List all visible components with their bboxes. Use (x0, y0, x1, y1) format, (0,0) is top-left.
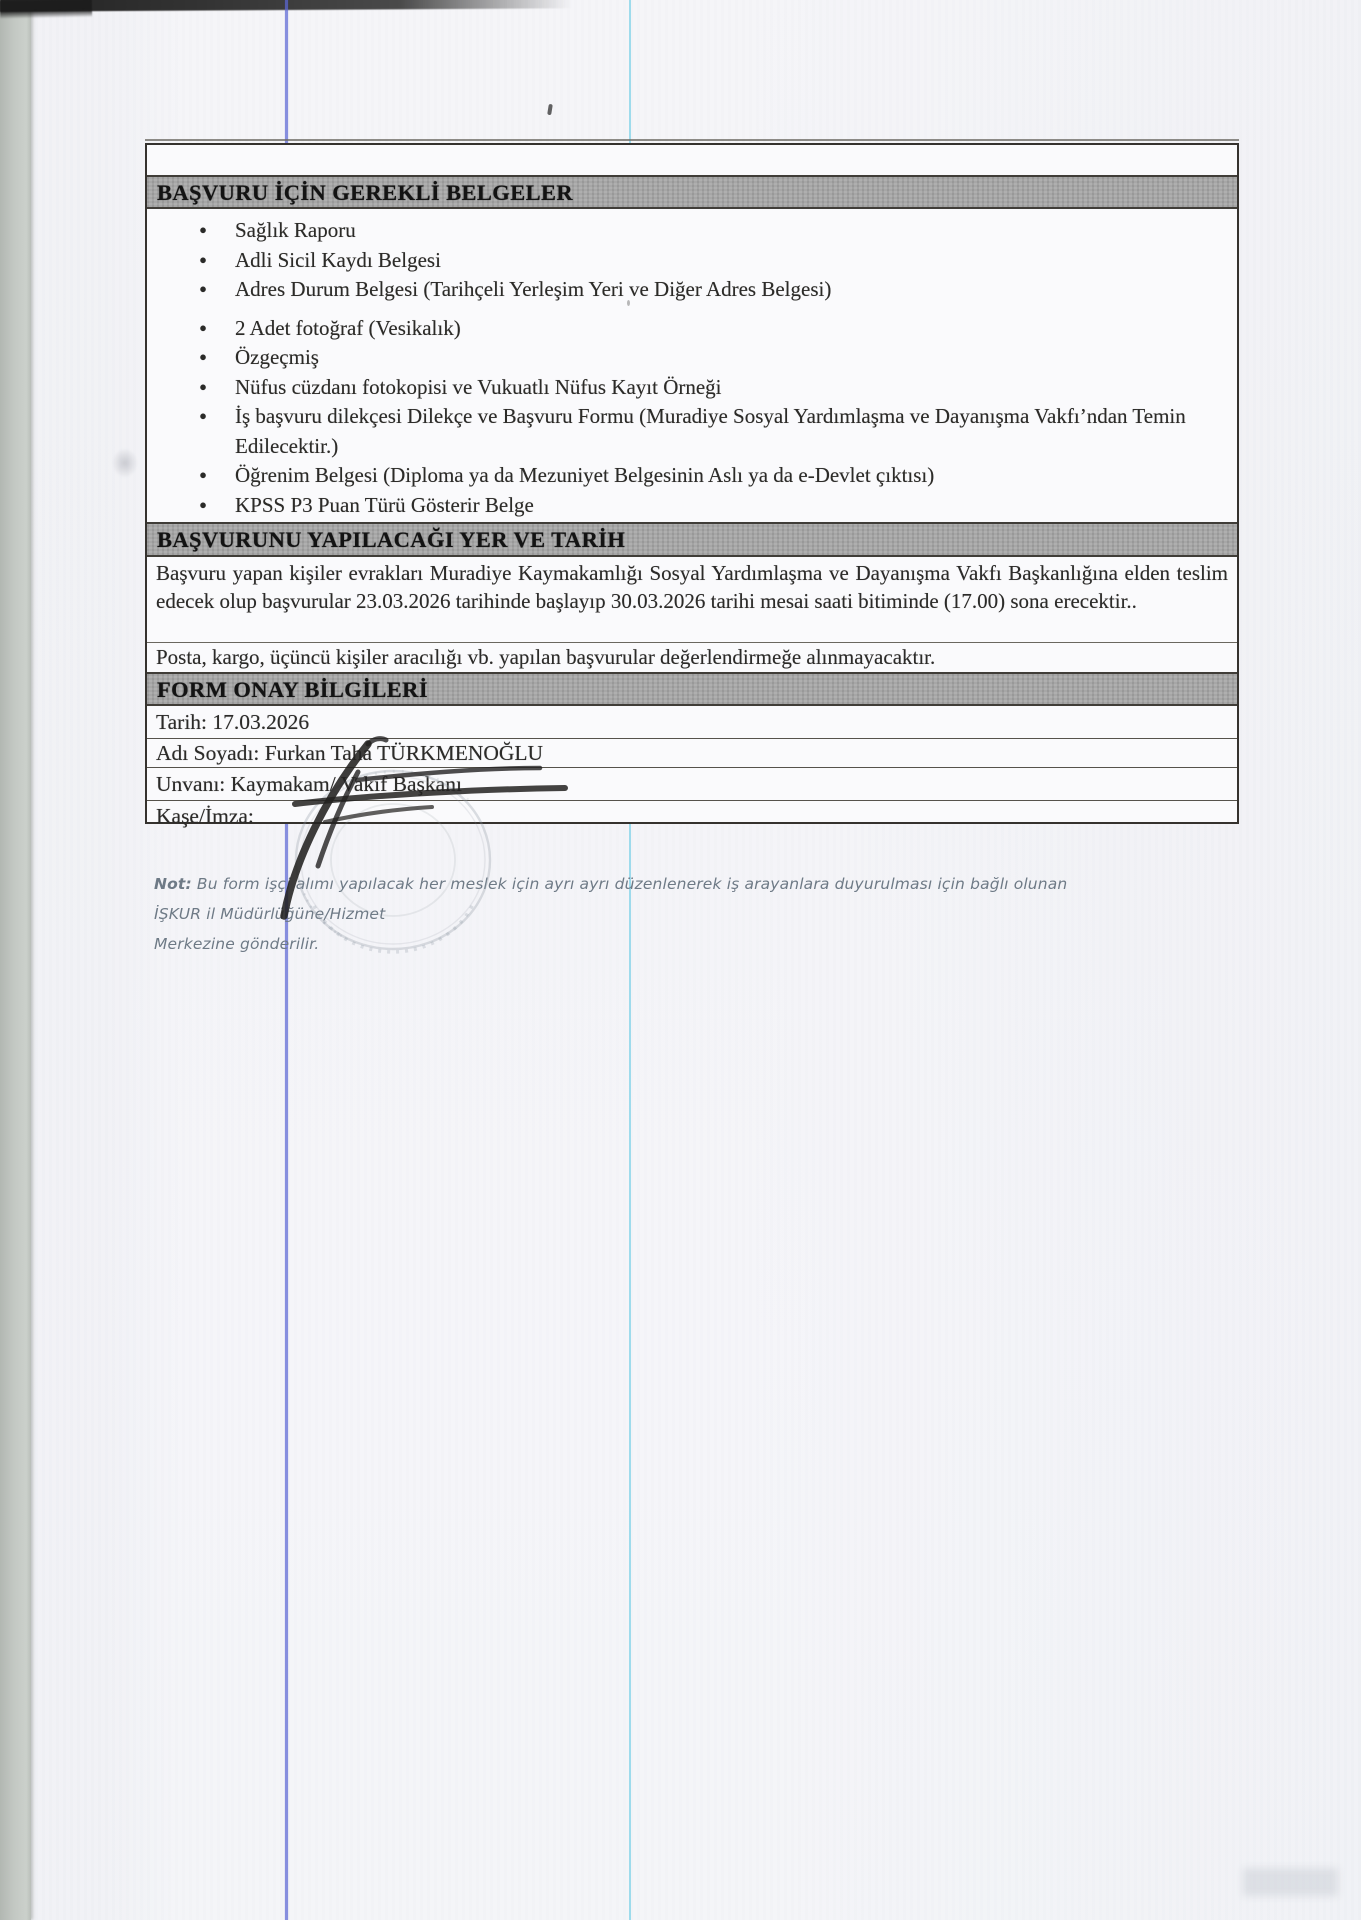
list-item: Nüfus cüzdanı fotokopisi ve Vukuatlı Nüf… (147, 373, 1225, 403)
name-label: Adı Soyadı: (156, 741, 259, 765)
name-value: Furkan Taha TÜRKMENOĞLU (265, 741, 543, 765)
list-item: Sağlık Raporu (147, 216, 1225, 246)
approval-row-title: Unvanı: Kaymakam/ Vakıf Başkanı (147, 767, 1237, 800)
ink-speck (547, 104, 552, 115)
list-item: KPSS P3 Puan Türü Gösterir Belge (147, 491, 1225, 521)
approval-row-stamp-signature: Kaşe/İmza: (147, 800, 1237, 831)
section-header-place-and-date: BAŞVURUNU YAPILACAĞI YER VE TARİH (147, 522, 1237, 557)
footnote-text-1: Bu form işçi alımı yapılacak her meslek … (154, 875, 1067, 923)
section-header-form-approval: FORM ONAY BİLGİLERİ (147, 672, 1237, 706)
title-value: Kaymakam/ Vakıf Başkanı (231, 772, 462, 796)
scanner-edge-strip (0, 0, 31, 1920)
stamp-signature-label: Kaşe/İmza: (156, 804, 254, 828)
list-item: İş başvuru dilekçesi Dilekçe ve Başvuru … (147, 402, 1225, 461)
list-item: Adres Durum Belgesi (Tarihçeli Yerleşim … (147, 275, 1225, 305)
postal-disclaimer-line: Posta, kargo, üçüncü kişiler aracılığı v… (147, 642, 1237, 672)
section-header-required-documents: BAŞVURU İÇİN GEREKLİ BELGELER (147, 175, 1237, 209)
form-table: BAŞVURU İÇİN GEREKLİ BELGELER Sağlık Rap… (145, 143, 1239, 824)
footnote-text-2: Merkezine gönderilir. (154, 935, 319, 953)
footnote: Not: Bu form işçi alımı yapılacak her me… (154, 869, 1114, 959)
table-empty-row (147, 145, 1237, 175)
required-documents-list: Sağlık Raporu Adli Sicil Kaydı Belgesi A… (147, 209, 1237, 522)
scanned-document-page: BAŞVURU İÇİN GEREKLİ BELGELER Sağlık Rap… (0, 0, 1361, 1920)
date-value: 17.03.2026 (212, 710, 309, 734)
approval-row-name: Adı Soyadı: Furkan Taha TÜRKMENOĞLU (147, 738, 1237, 767)
ink-speck (627, 300, 630, 306)
footnote-line-2: Merkezine gönderilir. (154, 929, 1114, 959)
scan-smudge (1243, 1868, 1338, 1896)
list-item: Öğrenim Belgesi (Diploma ya da Mezuniyet… (147, 461, 1225, 491)
application-instructions-paragraph: Başvuru yapan kişiler evrakları Muradiye… (147, 557, 1237, 642)
date-label: Tarih: (156, 710, 207, 734)
footnote-label: Not: (154, 875, 192, 893)
title-label: Unvanı: (156, 772, 225, 796)
list-item: Özgeçmiş (147, 343, 1225, 373)
scan-corner-artifact (0, 0, 92, 19)
list-item: 2 Adet fotoğraf (Vesikalık) (147, 314, 1225, 344)
footnote-line-1: Not: Bu form işçi alımı yapılacak her me… (154, 869, 1114, 929)
approval-row-date: Tarih: 17.03.2026 (147, 706, 1237, 738)
list-item: Adli Sicil Kaydı Belgesi (147, 246, 1225, 276)
scan-smudge (112, 448, 138, 478)
